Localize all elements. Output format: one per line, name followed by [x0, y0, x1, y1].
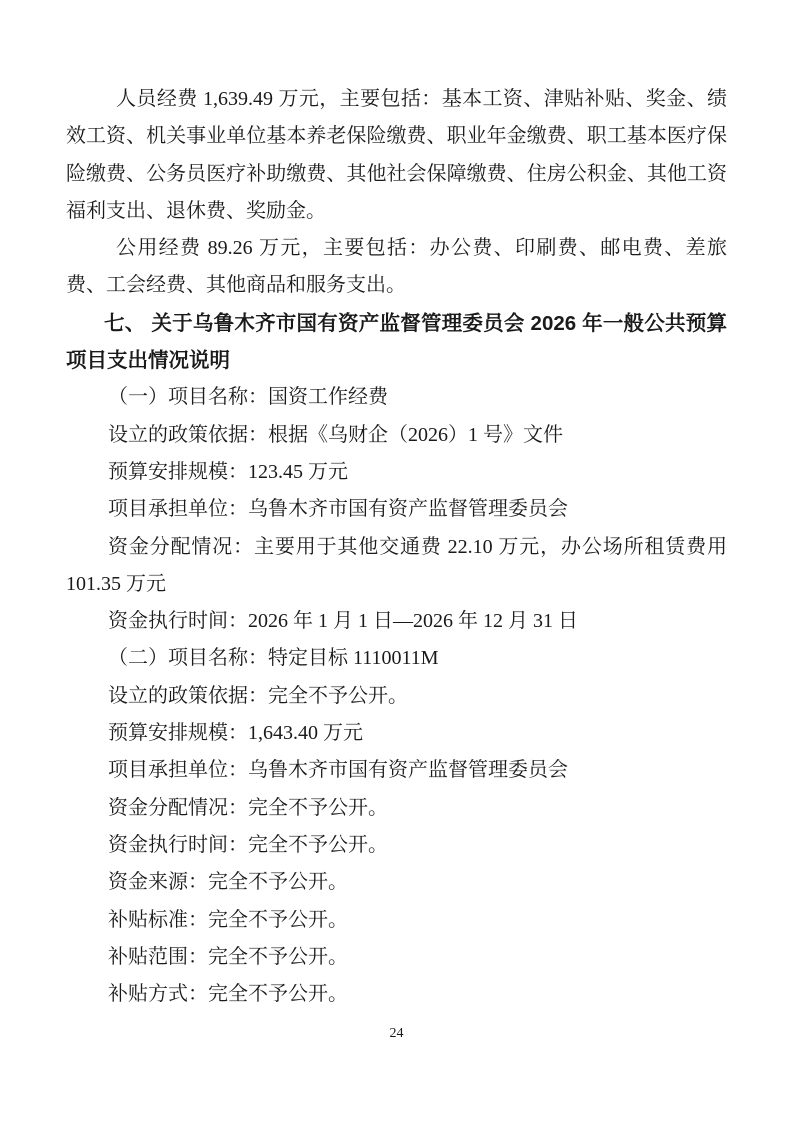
project2-undertaking-unit: 项目承担单位：乌鲁木齐市国有资产监督管理委员会 — [66, 752, 727, 789]
project1-budget-scale: 预算安排规模：123.45 万元 — [66, 454, 727, 491]
project1-execution-period: 资金执行时间：2026 年 1 月 1 日—2026 年 12 月 31 日 — [66, 603, 727, 640]
project1-undertaking-unit: 项目承担单位：乌鲁木齐市国有资产监督管理委员会 — [66, 491, 727, 528]
document-body: 人员经费 1,639.49 万元，主要包括：基本工资、津贴补贴、奖金、绩效工资、… — [66, 81, 727, 1013]
section-heading: 七、 关于乌鲁木齐市国有资产监督管理委员会 2026 年一般公共预算项目支出情况… — [66, 305, 727, 380]
project2-policy-basis: 设立的政策依据：完全不予公开。 — [66, 678, 727, 715]
project2-subsidy-scope: 补贴范围：完全不予公开。 — [66, 939, 727, 976]
project1-policy-basis: 设立的政策依据：根据《乌财企（2026）1 号》文件 — [66, 417, 727, 454]
project2-execution-period: 资金执行时间：完全不予公开。 — [66, 827, 727, 864]
paragraph-personnel-expense: 人员经费 1,639.49 万元，主要包括：基本工资、津贴补贴、奖金、绩效工资、… — [66, 81, 727, 230]
project2-fund-source: 资金来源：完全不予公开。 — [66, 864, 727, 901]
project2-fund-allocation: 资金分配情况：完全不予公开。 — [66, 790, 727, 827]
project1-name: （一）项目名称：国资工作经费 — [66, 379, 727, 416]
page-number: 24 — [0, 1026, 793, 1042]
project1-fund-allocation: 资金分配情况：主要用于其他交通费 22.10 万元，办公场所租赁费用 101.3… — [66, 529, 727, 604]
project2-budget-scale: 预算安排规模：1,643.40 万元 — [66, 715, 727, 752]
project2-subsidy-method: 补贴方式：完全不予公开。 — [66, 976, 727, 1013]
project2-subsidy-standard: 补贴标准：完全不予公开。 — [66, 902, 727, 939]
document-page: 人员经费 1,639.49 万元，主要包括：基本工资、津贴补贴、奖金、绩效工资、… — [0, 0, 793, 1122]
project2-name: （二）项目名称：特定目标 1110011M — [66, 640, 727, 677]
paragraph-public-expense: 公用经费 89.26 万元，主要包括：办公费、印刷费、邮电费、差旅费、工会经费、… — [66, 230, 727, 305]
